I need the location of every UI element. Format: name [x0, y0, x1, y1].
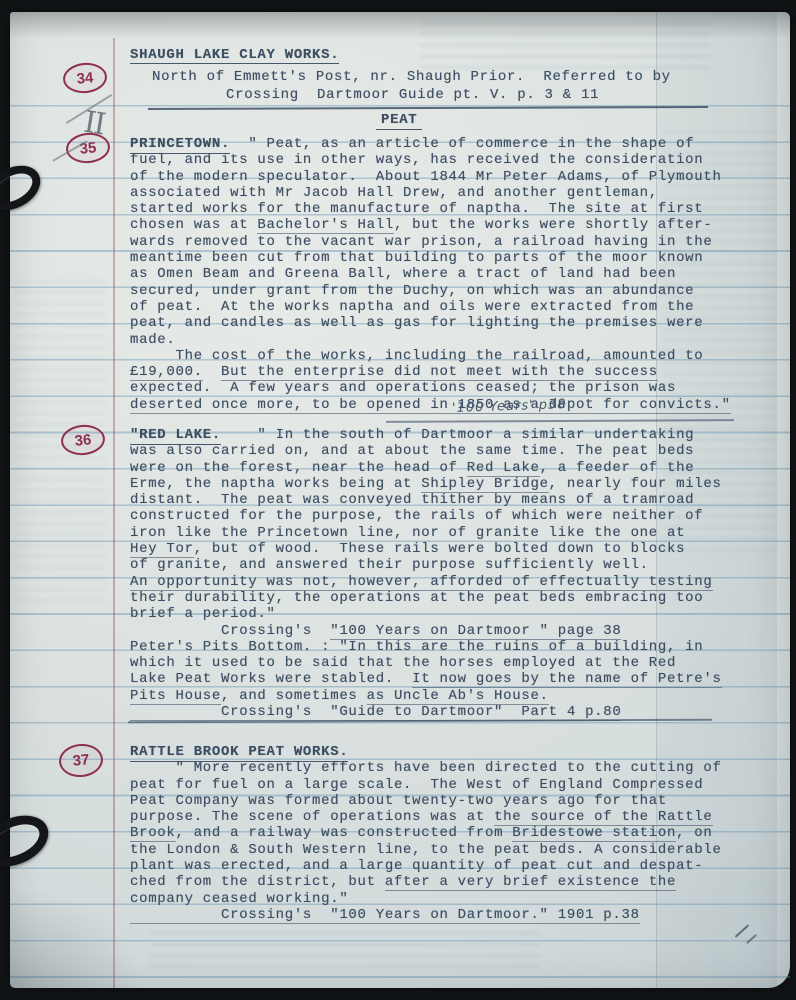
typed-line: "RED LAKE. " In the south of Dartmoor a … — [130, 427, 722, 443]
typed-segment: , and sometimes — [221, 688, 367, 704]
typed-line: chosen was at Bachelor's Hall, but the w… — [130, 217, 731, 233]
typed-segment: Pits House — [130, 688, 221, 705]
typed-segment: of granite, and answered their purpose s… — [130, 557, 649, 573]
typed-line: An opportunity was not, however, afforde… — [130, 574, 722, 590]
entry-rattle-brook: RATTLE BROOK PEAT WORKS. " More recently… — [130, 744, 722, 923]
typed-line: peat, and candles as well as gas for lig… — [130, 315, 731, 331]
typed-line: of the modern speculator. About 1844 Mr … — [130, 169, 731, 185]
typed-line: plant was erected, and a large quantity … — [130, 858, 722, 874]
typed-line: iron like the Princetown line, nor of gr… — [130, 525, 722, 541]
typed-segment: expected. A few years and operations cea… — [130, 380, 676, 396]
typed-segment: the source of the Rattle — [494, 809, 712, 826]
typed-segment: meantime been cut from that building to … — [130, 250, 703, 266]
typed-segment: , nearly four miles — [549, 476, 722, 492]
typed-line: Brook, and a railway was constructed fro… — [130, 825, 722, 841]
typed-segment: , on — [676, 825, 712, 841]
typed-segment: Lake Peat Works were stabled. — [130, 671, 412, 687]
typed-segment: "100 Years on Dartmoor " page 38 — [330, 623, 621, 640]
typed-segment: , but of wood. These rails were bolted d… — [194, 541, 685, 557]
typed-line: their durability, the operations at the … — [130, 590, 722, 606]
typed-line: meantime been cut from that building to … — [130, 250, 731, 266]
typed-line: started works for the manufacture of nap… — [130, 201, 731, 217]
typed-line: Crossing's "100 Years on Dartmoor." 1901… — [130, 907, 722, 923]
heading-reference-line2: Crossing Dartmoor Guide pt. V. p. 3 & 11 — [226, 87, 599, 103]
typed-segment: , and a railway was constructed from — [176, 825, 513, 841]
typed-line: peat for fuel on a large scale. The West… — [130, 777, 722, 793]
typed-line: Lake Peat Works were stabled. It now goe… — [130, 671, 722, 687]
typed-segment: £19,000. — [130, 364, 203, 381]
typed-segment: secured, under grant from the Duchy, on … — [130, 283, 694, 299]
typed-segment: associated with Mr Jacob Hall Drew, and … — [130, 185, 658, 201]
typed-line: as Omen Beam and Greena Ball, where a tr… — [130, 266, 731, 282]
typed-line: ched from the district, but after a very… — [130, 874, 722, 890]
typed-segment: Bridestowe station — [512, 825, 676, 842]
typed-segment: , but the works were shortly after- — [394, 217, 713, 233]
typed-segment: was also carried on, and at about the sa… — [130, 443, 694, 459]
typed-line: fuel, and its use in other ways, has rec… — [130, 152, 731, 168]
typed-line: constructed for the purpose, the rails o… — [130, 508, 722, 524]
typed-line: Peat Company was formed about twenty-two… — [130, 793, 722, 809]
typed-segment: peat for fuel on a large scale. The West… — [130, 777, 703, 793]
typed-line: The cost of the works, including the rai… — [130, 348, 731, 364]
typed-segment: But the enterprise did not meet with the… — [221, 364, 658, 381]
typed-segment: made. — [130, 332, 176, 348]
entry-red-lake: "RED LAKE. " In the south of Dartmoor a … — [130, 427, 722, 720]
section-heading-peat: PEAT — [376, 112, 422, 130]
typed-line: purpose. The scene of operations was at … — [130, 809, 722, 825]
typed-line: which it used to be said that the horses… — [130, 655, 722, 671]
typed-segment: Bachelor's Hall — [257, 217, 394, 234]
typed-line: £19,000. But the enterprise did not meet… — [130, 364, 731, 380]
typed-line: expected. A few years and operations cea… — [130, 380, 731, 396]
typed-segment: , a feeder of the — [540, 460, 695, 476]
typed-segment: PRINCETOWN. — [130, 136, 230, 154]
typed-line: Crossing's "Guide to Dartmoor" Part 4 p.… — [130, 704, 722, 720]
typed-segment: after a very brief existence the — [385, 874, 676, 891]
typed-segment: An opportunity was not, however, afforde… — [130, 574, 713, 591]
typed-segment: company ceased working." — [130, 891, 348, 907]
typed-segment: The cost of the works, including the rai… — [130, 348, 703, 364]
typed-segment: brief a period." — [130, 606, 276, 622]
typed-segment — [203, 364, 221, 380]
typed-segment: It now goes by the name of Petre's — [412, 671, 721, 688]
typed-segment: fuel, and its use in other ways, has rec… — [130, 152, 703, 168]
typed-line: " More recently efforts have been direct… — [130, 760, 722, 776]
document-title: SHAUGH LAKE CLAY WORKS. — [130, 47, 339, 64]
typed-segment: plant was erected, and a large quantity … — [130, 858, 703, 874]
typed-line: Pits House, and sometimes as Uncle Ab's … — [130, 688, 722, 704]
typed-segment: Red Lake — [467, 460, 540, 477]
typed-line: Crossing's "100 Years on Dartmoor " page… — [130, 623, 722, 639]
typed-line: of granite, and answered their purpose s… — [130, 557, 722, 573]
typed-line: Peter's Pits Bottom. : "In this are the … — [130, 639, 722, 655]
typed-line: the London & South Western line, to the … — [130, 842, 722, 858]
typed-segment: distant. The peat was conveyed thither b… — [130, 492, 694, 508]
typed-segment: Crossing's "100 Years on Dartmoor." 1901… — [130, 907, 640, 924]
typed-segment: started works for the manufacture of nap… — [130, 201, 703, 217]
typed-line: secured, under grant from the Duchy, on … — [130, 283, 731, 299]
typed-segment: RATTLE BROOK PEAT WORKS. — [130, 744, 348, 762]
typed-segment: which it used to be said that the horses… — [130, 655, 676, 671]
typed-segment: Brook — [130, 825, 176, 842]
typed-segment: peat, and candles as well as gas for lig… — [130, 315, 703, 331]
typed-segment: purpose. The scene of operations was at — [130, 809, 494, 825]
entry-princetown: PRINCETOWN. " Peat, as an article of com… — [130, 136, 731, 413]
typed-segment: " Peat, as an article of commerce in the… — [230, 136, 694, 152]
typed-line: RATTLE BROOK PEAT WORKS. — [130, 744, 722, 760]
typed-segment: iron like the Princetown line, nor of gr… — [130, 525, 685, 541]
typed-line: made. — [130, 332, 731, 348]
typed-line: company ceased working." — [130, 891, 722, 907]
typed-segment: ched from the district, but — [130, 874, 385, 890]
typed-line: wards removed to the vacant war prison, … — [130, 234, 731, 250]
typed-segment: "RED LAKE. — [130, 427, 221, 445]
heading-reference-line: North of Emmett's Post, nr. Shaugh Prior… — [152, 69, 671, 85]
typed-line: was also carried on, and at about the sa… — [130, 443, 722, 459]
margin-rule — [113, 38, 115, 988]
ghost-text-smudge — [150, 932, 540, 972]
typed-segment: of peat. At the works naptha and oils we… — [130, 299, 694, 315]
typed-segment: their durability, the operations at the … — [130, 590, 703, 606]
typed-segment: wards removed to the vacant war prison, … — [130, 234, 713, 250]
typed-segment: Erme, the naptha works being at — [130, 476, 421, 492]
typed-line: Hey Tor, but of wood. These rails were b… — [130, 541, 722, 557]
typed-segment: chosen was at — [130, 217, 257, 233]
typed-segment: constructed for the purpose, the rails o… — [130, 508, 703, 524]
typed-segment: of the modern speculator. About 1844 Mr … — [130, 169, 722, 185]
typed-segment: as Uncle Ab's House. — [367, 688, 549, 705]
typed-segment: Hey Tor — [130, 541, 194, 558]
typed-segment: " More recently efforts have been direct… — [130, 760, 722, 776]
typed-line: deserted once more, to be opened in 1850… — [130, 397, 731, 413]
typed-line: of peat. At the works naptha and oils we… — [130, 299, 731, 315]
typed-segment: Peat Company was formed about twenty-two… — [130, 793, 667, 809]
ghost-text-smudge — [420, 22, 710, 70]
typed-line: PRINCETOWN. " Peat, as an article of com… — [130, 136, 731, 152]
typed-segment: were on the forest, near the head of — [130, 460, 467, 476]
typed-line: distant. The peat was conveyed thither b… — [130, 492, 722, 508]
typed-line: associated with Mr Jacob Hall Drew, and … — [130, 185, 731, 201]
typed-segment: deserted once more, to be opened in 1850 — [130, 397, 503, 414]
photographed-notebook-page: SHAUGH LAKE CLAY WORKS. North of Emmett'… — [0, 0, 796, 1000]
typed-segment: Shipley Bridge — [421, 476, 548, 493]
typed-line: were on the forest, near the head of Red… — [130, 460, 722, 476]
typed-segment: the London & South Western line, to the … — [130, 842, 722, 858]
typed-line: brief a period." — [130, 606, 722, 622]
typed-line: Erme, the naptha works being at Shipley … — [130, 476, 722, 492]
typed-segment: Peter's Pits Bottom. : "In this are the … — [130, 639, 703, 655]
typed-segment: as Omen Beam and Greena Ball, where a tr… — [130, 266, 676, 282]
typed-segment: " In the south of Dartmoor a similar und… — [221, 427, 694, 443]
typed-segment: Crossing's — [130, 623, 330, 639]
